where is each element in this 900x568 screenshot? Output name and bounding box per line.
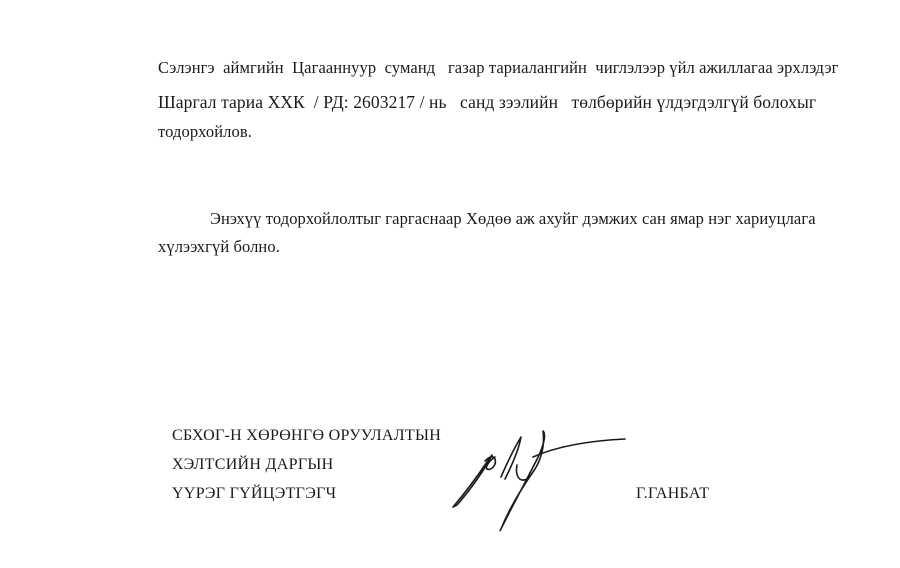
document-page: Сэлэнгэ аймгийн Цагааннуур суманд газар …: [0, 0, 900, 568]
handwritten-signature-icon: [445, 425, 635, 535]
paragraph-1-line-2: Шаргал тариа ХХК / РД: 2603217 / нь санд…: [158, 92, 816, 112]
signer-name: Г.ГАНБАТ: [636, 484, 709, 504]
signer-title-line-1: СБХОГ-Н ХӨРӨНГӨ ОРУУЛАЛТЫН: [172, 426, 441, 446]
signer-title-line-2: ХЭЛТСИЙН ДАРГЫН: [172, 455, 333, 475]
paragraph-1-line-3: тодорхойлов.: [158, 122, 252, 142]
paragraph-2-line-2: хүлээхгүй болно.: [158, 237, 280, 257]
paragraph-2-line-1: Энэхүү тодорхойлолтыг гаргаснаар Хөдөө а…: [210, 209, 816, 229]
paragraph-1-line-1: Сэлэнгэ аймгийн Цагааннуур суманд газар …: [158, 58, 839, 78]
signer-title-line-3: ҮҮРЭГ ГҮЙЦЭТГЭГЧ: [172, 484, 336, 504]
